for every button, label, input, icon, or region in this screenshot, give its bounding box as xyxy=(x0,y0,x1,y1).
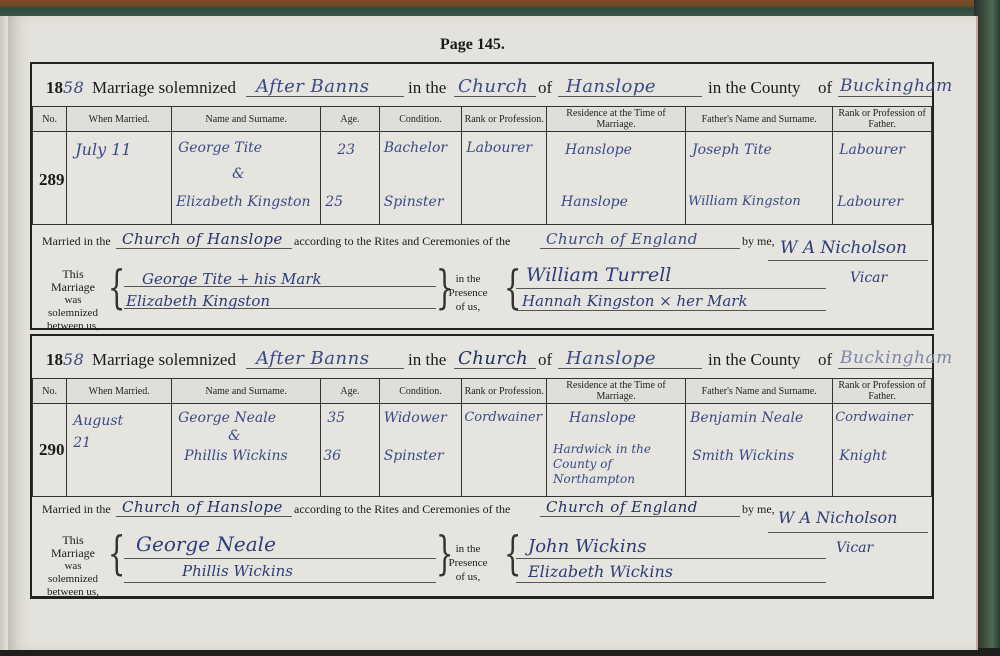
left-brace: { xyxy=(108,530,126,576)
solemnized-label: Marriage solemnized xyxy=(92,350,236,370)
bride-age: 36 xyxy=(323,448,341,464)
when-married: August 21 xyxy=(73,410,133,454)
col-rank: Rank or Profession. xyxy=(462,379,547,404)
witness-signature-1: William Turrell xyxy=(526,264,671,286)
bride-father-rank: Knight xyxy=(839,448,887,464)
in-the-label: in the xyxy=(408,78,446,98)
year: 1858 xyxy=(46,350,84,370)
presence-label: in the Presence of us, xyxy=(438,542,498,584)
county-of-label: of xyxy=(818,350,832,370)
entry-header: 1858 Marriage solemnized After Banns in … xyxy=(46,74,926,102)
bride-father-name: William Kingston xyxy=(688,194,801,209)
married-in: Church of Hanslope xyxy=(122,230,283,248)
table-row: 290 August 21 George Neale & Phillis Wic… xyxy=(33,404,932,497)
col-age: Age. xyxy=(321,107,379,132)
marriage-entry-289: 1858 Marriage solemnized After Banns in … xyxy=(30,62,934,330)
col-name: Name and Surname. xyxy=(172,379,321,404)
column-headers: No. When Married. Name and Surname. Age.… xyxy=(33,379,932,404)
presence-label: in the Presence of us, xyxy=(438,272,498,314)
col-father-rank: Rank or Profession of Father. xyxy=(833,379,932,404)
col-no: No. xyxy=(33,379,67,404)
groom-residence: Hanslope xyxy=(565,142,632,158)
bride-condition: Spinster xyxy=(384,194,444,210)
groom-rank: Cordwainer xyxy=(464,410,542,425)
groom-condition: Widower xyxy=(384,410,447,426)
register-table: No. When Married. Name and Surname. Age.… xyxy=(32,106,932,225)
witness-signature-1: John Wickins xyxy=(528,536,646,557)
col-father-name: Father's Name and Surname. xyxy=(686,379,833,404)
solemnized-label: Marriage solemnized xyxy=(92,78,236,98)
party-signature-groom: George Neale xyxy=(136,532,276,556)
place-type: Church xyxy=(458,348,528,369)
col-name: Name and Surname. xyxy=(172,107,321,132)
bride-residence: Hanslope xyxy=(561,194,628,210)
place-type: Church xyxy=(458,76,528,97)
bride-name: Phillis Wickins xyxy=(184,448,288,464)
party-signature-bride: Elizabeth Kingston xyxy=(126,292,270,310)
party-signature-groom: George Tite + his Mark xyxy=(142,270,322,288)
witness-signature-2: Elizabeth Wickins xyxy=(528,562,673,581)
groom-rank: Labourer xyxy=(466,140,532,156)
connector: & xyxy=(232,166,244,182)
bride-father-rank: Labourer xyxy=(837,194,903,210)
this-marriage-label: This Marriage was solemnized between us, xyxy=(40,268,106,333)
married-in: Church of Hanslope xyxy=(122,498,283,516)
bride-father-name: Smith Wickins xyxy=(692,448,794,464)
col-condition: Condition. xyxy=(379,379,462,404)
parish: Hanslope xyxy=(566,348,656,369)
connector: & xyxy=(228,428,240,444)
officiant-signature: W A Nicholson xyxy=(778,508,897,527)
county: Buckingham xyxy=(840,76,953,96)
col-residence: Residence at the Time of Marriage. xyxy=(546,107,685,132)
entry-number: 289 xyxy=(39,170,65,190)
bride-age: 25 xyxy=(325,194,343,210)
col-condition: Condition. xyxy=(379,107,462,132)
in-the-label: in the xyxy=(408,350,446,370)
col-when: When Married. xyxy=(67,107,172,132)
col-when: When Married. xyxy=(67,379,172,404)
bride-residence: Hardwick in the County of Northampton xyxy=(553,442,663,487)
solemnized-by: After Banns xyxy=(256,76,369,97)
col-rank: Rank or Profession. xyxy=(462,107,547,132)
col-father-name: Father's Name and Surname. xyxy=(686,107,833,132)
page-number: Page 145. xyxy=(440,36,505,54)
groom-father-rank: Cordwainer xyxy=(835,410,913,425)
of-label: of xyxy=(538,78,552,98)
county-label: in the County xyxy=(708,78,801,98)
of-label: of xyxy=(538,350,552,370)
col-residence: Residence at the Time of Marriage. xyxy=(546,379,685,404)
table-row: 289 July 11 George Tite & Elizabeth King… xyxy=(33,132,932,225)
officiant-signature: W A Nicholson xyxy=(780,238,907,258)
when-married: July 11 xyxy=(75,140,131,159)
parish: Hanslope xyxy=(566,76,656,97)
groom-name: George Neale xyxy=(178,410,276,426)
column-headers: No. When Married. Name and Surname. Age.… xyxy=(33,107,932,132)
groom-condition: Bachelor xyxy=(384,140,447,156)
groom-name: George Tite xyxy=(178,140,262,156)
witness-brace: { xyxy=(504,264,522,310)
bride-condition: Spinster xyxy=(384,448,444,464)
col-father-rank: Rank or Profession of Father. xyxy=(833,107,932,132)
witness-signature-2: Hannah Kingston × her Mark xyxy=(522,292,748,310)
this-marriage-label: This Marriage was solemnized between us, xyxy=(40,534,106,599)
marriage-entry-290: 1858 Marriage solemnized After Banns in … xyxy=(30,334,934,599)
groom-age: 35 xyxy=(327,410,345,426)
groom-age: 23 xyxy=(337,142,355,158)
rites-of: Church of England xyxy=(546,230,698,248)
groom-father-rank: Labourer xyxy=(839,142,905,158)
left-brace: { xyxy=(108,264,126,310)
groom-father-name: Benjamin Neale xyxy=(690,410,803,426)
col-age: Age. xyxy=(321,379,379,404)
county-of-label: of xyxy=(818,78,832,98)
page-gutter xyxy=(0,16,8,650)
entry-number: 290 xyxy=(39,440,65,460)
county: Buckingham xyxy=(840,348,953,368)
register-page: Page 145. 1858 Marriage solemnized After… xyxy=(6,16,978,650)
officiant-title: Vicar xyxy=(836,540,873,556)
groom-father-name: Joseph Tite xyxy=(692,142,772,158)
officiant-title: Vicar xyxy=(850,270,887,286)
witness-brace: { xyxy=(504,530,522,576)
solemnized-by: After Banns xyxy=(256,348,369,369)
entry-header: 1858 Marriage solemnized After Banns in … xyxy=(46,346,926,374)
party-signature-bride: Phillis Wickins xyxy=(182,562,293,580)
col-no: No. xyxy=(33,107,67,132)
rites-of: Church of England xyxy=(546,498,698,516)
groom-residence: Hanslope xyxy=(569,410,636,426)
bride-name: Elizabeth Kingston xyxy=(176,194,310,210)
county-label: in the County xyxy=(708,350,801,370)
register-table: No. When Married. Name and Surname. Age.… xyxy=(32,378,932,497)
year: 1858 xyxy=(46,78,84,98)
